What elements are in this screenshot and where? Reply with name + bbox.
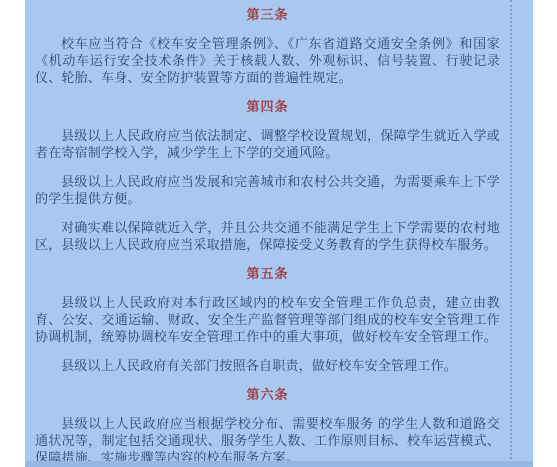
page: 第三条校车应当符合《校车安全管理条例》、《广东省道路交通安全条例》和国家《机动车…	[0, 0, 557, 467]
bottom-edge-strip	[25, 461, 533, 467]
document-body: 第三条校车应当符合《校车安全管理条例》、《广东省道路交通安全条例》和国家《机动车…	[25, 6, 533, 466]
article-paragraph: 县级以上人民政府对本行政区域内的校车安全管理工作负总责，建立由教育、公安、交通运…	[35, 294, 500, 345]
article-title: 第三条	[35, 6, 500, 23]
article-paragraph: 对确实难以保障就近入学，并且公共交通不能满足学生上下学需要的农村地区，县级以上人…	[35, 219, 500, 253]
article-title: 第四条	[35, 98, 500, 115]
article-title: 第六条	[35, 386, 500, 403]
article-title: 第五条	[35, 265, 500, 282]
article-paragraph: 县级以上人民政府应当依法制定、调整学校设置规划，保障学生就近入学或者在寄宿制学校…	[35, 127, 500, 161]
article-paragraph: 县级以上人民政府应当根据学校分布、需要校车服务 的学生人数和道路交通状况等，制定…	[35, 415, 500, 466]
article-paragraph: 县级以上人民政府有关部门按照各自职责，做好校车安全管理工作。	[35, 357, 500, 374]
dashed-border-line	[510, 0, 512, 467]
article-paragraph: 校车应当符合《校车安全管理条例》、《广东省道路交通安全条例》和国家《机动车运行安…	[35, 35, 500, 86]
document-panel: 第三条校车应当符合《校车安全管理条例》、《广东省道路交通安全条例》和国家《机动车…	[25, 0, 533, 467]
article-paragraph: 县级以上人民政府应当发展和完善城市和农村公共交通，为需要乘车上下学的学生提供方便…	[35, 173, 500, 207]
